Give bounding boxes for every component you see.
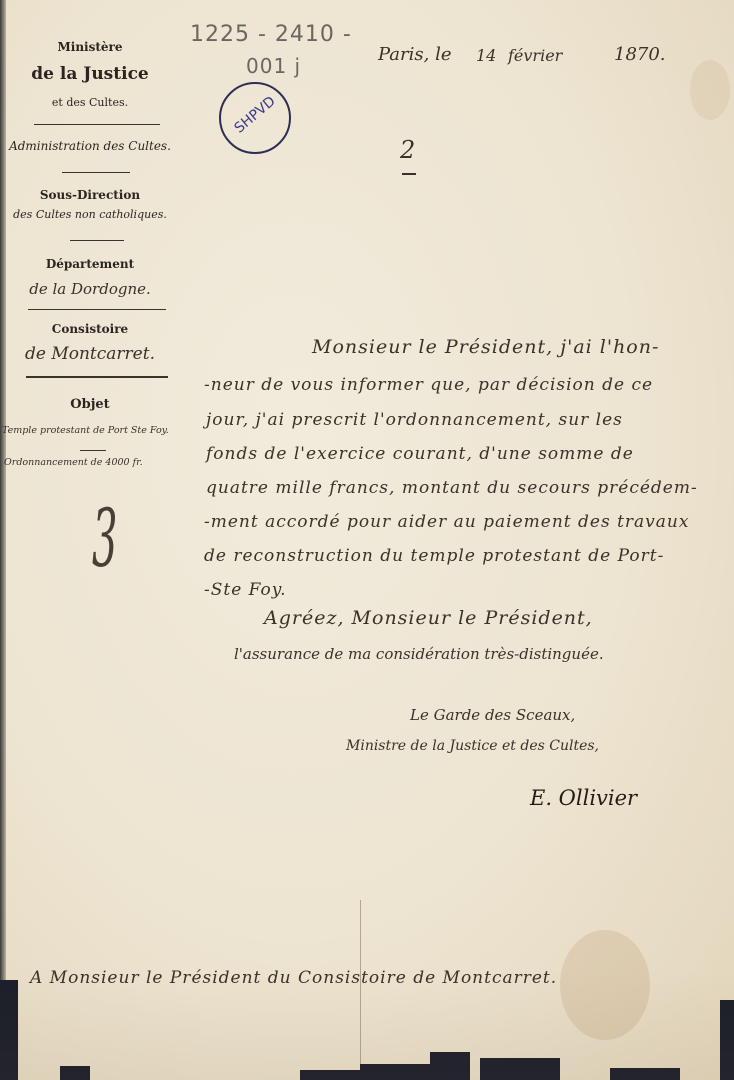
water-stain — [560, 930, 650, 1040]
archive-ref-line2: 001 j — [246, 54, 301, 78]
stamp-text: SHPVD — [231, 93, 278, 136]
letter-page: 1225 - 2410 - 001 j SHPVD Ministère de l… — [0, 0, 734, 1080]
department-label: Département — [0, 257, 180, 271]
dateline-month: février — [508, 46, 562, 65]
divider — [34, 124, 160, 125]
object-line2: Ordonnancement de 4000 fr. — [4, 457, 180, 468]
subdirection-line2: des Cultes non catholiques. — [0, 208, 180, 221]
dateline-day: 14 — [476, 46, 496, 65]
subdirection-line1: Sous-Direction — [0, 188, 180, 202]
marginal-mark: 3 — [92, 494, 117, 586]
page-number-underline — [402, 173, 416, 175]
object-label: Objet — [0, 397, 180, 412]
torn-edge — [480, 1058, 560, 1080]
object-line1: Temple protestant de Port Ste Foy. — [2, 425, 180, 436]
body-line-3: jour, j'ai prescrit l'ordonnancement, su… — [206, 410, 623, 430]
fold-crease — [360, 900, 361, 1080]
torn-edge — [610, 1068, 680, 1080]
page-number: 2 — [400, 136, 415, 164]
consistory-value: de Montcarret. — [0, 344, 180, 364]
body-line-2: -neur de vous informer que, par décision… — [204, 375, 653, 395]
ministry-line1: Ministère — [0, 40, 180, 54]
divider — [28, 309, 166, 310]
torn-edge — [430, 1052, 470, 1080]
consistory-label: Consistoire — [0, 322, 180, 336]
signature-name: E. Ollivier — [530, 786, 637, 810]
administration: Administration des Cultes. — [0, 139, 180, 153]
dateline-year: 1870. — [614, 44, 666, 65]
closing-line-1: Agréez, Monsieur le Président, — [264, 607, 593, 629]
torn-edge — [720, 1000, 734, 1080]
archive-ref-line1: 1225 - 2410 - — [190, 22, 352, 47]
foxing-stain — [690, 60, 730, 120]
torn-edge — [0, 980, 18, 1080]
torn-edge — [60, 1066, 90, 1080]
signature-title-2: Ministre de la Justice et des Cultes, — [346, 738, 599, 754]
torn-edge — [300, 1070, 360, 1080]
addressee: A Monsieur le Président du Consistoire d… — [30, 968, 557, 988]
body-line-4: fonds de l'exercice courant, d'une somme… — [206, 444, 634, 464]
body-line-6: -ment accordé pour aider au paiement des… — [204, 512, 689, 532]
torn-edge — [360, 1064, 430, 1080]
body-line-7: de reconstruction du temple protestant d… — [204, 546, 664, 566]
body-line-1: Monsieur le Président, j'ai l'hon- — [312, 336, 659, 358]
dateline-place: Paris, le — [378, 44, 452, 65]
archive-stamp: SHPVD — [219, 82, 291, 154]
ministry-line2: de la Justice — [0, 64, 180, 84]
body-line-8: -Ste Foy. — [204, 580, 287, 600]
department-value: de la Dordogne. — [0, 280, 180, 298]
signature-title-1: Le Garde des Sceaux, — [410, 706, 575, 724]
body-line-5: quatre mille francs, montant du secours … — [206, 478, 698, 498]
divider — [70, 240, 124, 241]
ministry-line3: et des Cultes. — [0, 96, 180, 109]
divider — [80, 450, 106, 451]
divider — [26, 376, 168, 378]
closing-line-2: l'assurance de ma considération très-dis… — [234, 645, 604, 663]
divider — [62, 172, 130, 173]
page-edge — [0, 0, 6, 1080]
